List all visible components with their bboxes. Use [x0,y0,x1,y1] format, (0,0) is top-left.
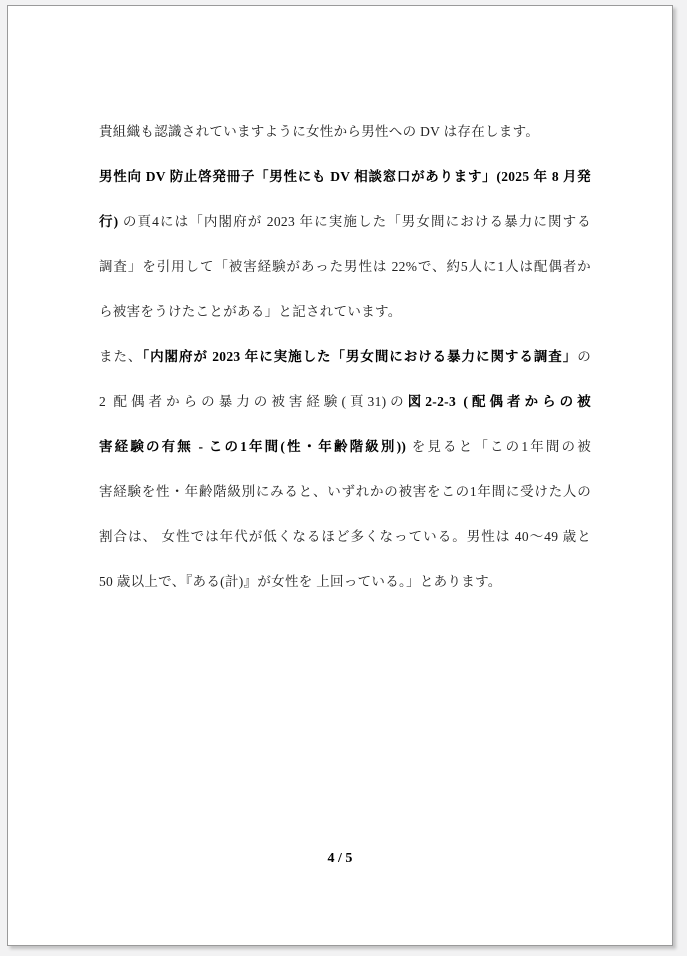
text-segment: の頁4には「内閣府が 2023 年に実施した「男女間における暴力に関する [118,214,591,229]
text-line: 調査」を引用して「被害経験があった男性は 22%で、約5人に1人は配偶者か [99,244,591,289]
text-segment: 50 歳以上で、『ある(計)』が女性を 上回っている。」とあります。 [99,574,502,589]
page-number: 4 / 5 [8,849,672,869]
bold-text-segment: 「内閣府が 2023 年に実施した「男女間における暴力に関する調査」 [142,349,577,364]
text-segment: 貴組織も認識されていますように女性から男性への DV は存在します。 [99,124,539,139]
text-line: 50 歳以上で、『ある(計)』が女性を 上回っている。」とあります。 [99,559,591,604]
text-line: また、「内閣府が 2023 年に実施した「男女間における暴力に関する調査」の [99,334,591,379]
bold-text-segment: 図2-2-3 (配偶者からの被 [408,394,591,409]
document-page: 貴組織も認識されていますように女性から男性への DV は存在します。男性向 DV… [7,5,673,946]
text-line: 2 配偶者からの暴力の被害経験(頁31)の図2-2-3 (配偶者からの被 [99,379,591,424]
text-segment: 割合は、 女性では年代が低くなるほど多くなっている。男性は 40〜49 歳と [99,529,591,544]
text-segment: 調査」を引用して「被害経験があった男性は 22%で、約5人に1人は配偶者か [99,259,591,274]
text-segment: 害経験を性・年齢階級別にみると、いずれかの被害をこの1年間に受けた人の [99,484,591,499]
text-line: 害経験を性・年齢階級別にみると、いずれかの被害をこの1年間に受けた人の [99,469,591,514]
text-segment: 2 配偶者からの暴力の被害経験(頁31)の [99,394,408,409]
text-line: ら被害をうけたことがある」と記されています。 [99,289,591,334]
text-segment: を見ると「この1年間の被 [406,439,591,454]
bold-text-segment: 害経験の有無 - この1年間(性・年齢階級別)) [99,439,406,454]
text-segment: また、 [99,349,142,364]
document-body: 貴組織も認識されていますように女性から男性への DV は存在します。男性向 DV… [99,109,591,604]
text-segment: の [577,349,591,364]
text-line: 男性向 DV 防止啓発冊子「男性にも DV 相談窓口があります」(2025 年 … [99,154,591,199]
text-segment: ら被害をうけたことがある」と記されています。 [99,304,402,319]
text-line: 割合は、 女性では年代が低くなるほど多くなっている。男性は 40〜49 歳と [99,514,591,559]
bold-text-segment: 男性向 DV 防止啓発冊子「男性にも DV 相談窓口があります」(2025 年 … [99,169,591,184]
text-line: 貴組織も認識されていますように女性から男性への DV は存在します。 [99,109,591,154]
text-line: 害経験の有無 - この1年間(性・年齢階級別)) を見ると「この1年間の被 [99,424,591,469]
text-line: 行) の頁4には「内閣府が 2023 年に実施した「男女間における暴力に関する [99,199,591,244]
bold-text-segment: 行) [99,214,118,229]
